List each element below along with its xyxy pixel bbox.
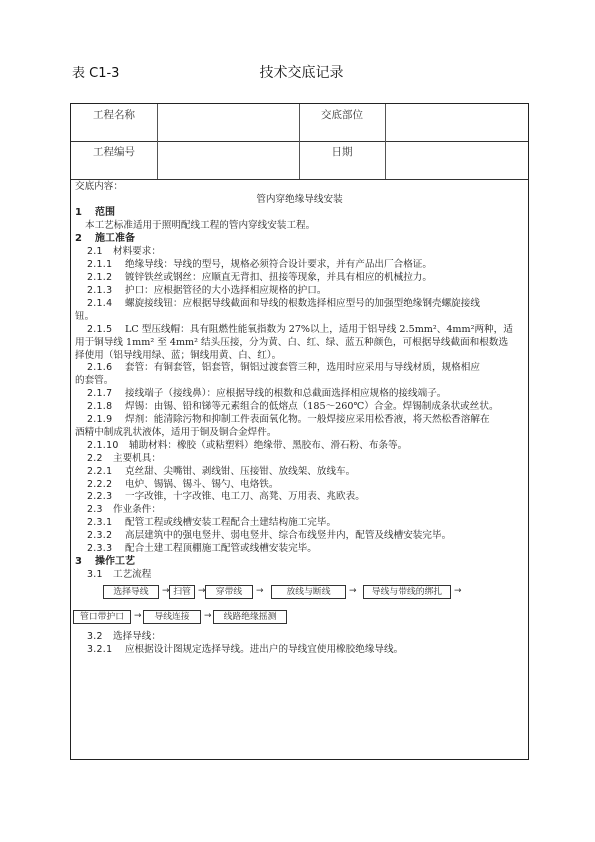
content-line: 2.2.1克丝甜、尖嘴钳、剥线钳、压接钳、放线架、放线车。 bbox=[75, 466, 524, 478]
content-line: 用于铜导线 1mm² 至 4mm² 结头压接，分为黄、白、红、绿、蓝五种颜色，可… bbox=[75, 337, 524, 349]
document-title: 技术交底记录 bbox=[0, 62, 595, 82]
content-line: 3.1工艺流程 bbox=[75, 569, 524, 581]
section-number: 2.2.2 bbox=[87, 479, 121, 491]
section-text: 材料要求： bbox=[113, 246, 161, 257]
section-text: LC 型压线帽：具有阻燃性能氧指数为 27%以上，适用于铝导线 2.5mm²、4… bbox=[125, 324, 513, 335]
date-label: 日期 bbox=[299, 141, 385, 179]
section-text: 套管：有铜套管，铝套管，铜铝过渡套管三种，选用时应采用与导线材质，规格相应 bbox=[125, 362, 480, 373]
section-number: 2.2 bbox=[87, 453, 109, 465]
section-heading: 范围 bbox=[95, 207, 115, 218]
section-text: 应根据设计图规定选择导线。进出户的导线宜使用橡胶绝缘导线。 bbox=[125, 644, 403, 655]
flow-step: 线路绝缘摇测 bbox=[213, 610, 287, 624]
content-line: 3操作工艺 bbox=[75, 556, 524, 568]
section-heading: 操作工艺 bbox=[95, 556, 135, 567]
content-intro-label: 交底内容： bbox=[75, 181, 524, 193]
flow-step: 选择导线 bbox=[103, 585, 159, 599]
section-number: 2.2.1 bbox=[87, 466, 121, 478]
content-line: 钮。 bbox=[75, 311, 524, 323]
date-field[interactable] bbox=[385, 141, 527, 179]
content-line: 2.1.2镀锌铁丝或钢丝：应顺直无背扣、扭接等现象，并具有相应的机械拉力。 bbox=[75, 272, 524, 284]
content-line: 2.2主要机具： bbox=[75, 453, 524, 465]
content-line: 2.1材料要求： bbox=[75, 246, 524, 258]
content-line: 本工艺标准适用于照明配线工程的管内穿线安装工程。 bbox=[75, 220, 524, 232]
arrow-right-icon: → bbox=[256, 585, 264, 598]
section-text: 护口：应根据管径的大小选择相应规格的护口。 bbox=[125, 285, 326, 296]
section-number: 2.1.6 bbox=[87, 362, 121, 374]
project-number-field[interactable] bbox=[157, 141, 299, 179]
section-number: 1 bbox=[75, 207, 91, 219]
content-line: 2.3.2高层建筑中的强电竖井、弱电竖井、综合布线竖井内，配管及线槽安装完毕。 bbox=[75, 530, 524, 542]
section-number: 3 bbox=[75, 556, 91, 568]
section-number: 2.1.2 bbox=[87, 272, 121, 284]
technical-briefing-form: 工程名称 交底部位 工程编号 日期 交底内容： 管内穿绝缘导线安装 1范围本工艺… bbox=[70, 103, 529, 760]
section-number: 2.3.1 bbox=[87, 517, 121, 529]
section-text: 一字改锥，十字改锥、电工刀、高凳、万用表、兆欧表。 bbox=[125, 491, 365, 502]
section-text: 酒精中制成乳状液体，适用于铜及铜合金焊件。 bbox=[75, 427, 276, 438]
info-row-2: 工程编号 日期 bbox=[71, 141, 528, 180]
arrow-right-icon: → bbox=[454, 585, 462, 598]
content-line: 的套管。 bbox=[75, 375, 524, 387]
info-row-1: 工程名称 交底部位 bbox=[71, 104, 528, 142]
section-text: 电炉、锡锅、锡斗、锡勺、电烙铁。 bbox=[125, 479, 279, 490]
content-line: 2.1.9焊剂：能清除污物和抑制工件表面氧化物。一般焊接应采用松香液，将天然松香… bbox=[75, 414, 524, 426]
section-text: 择使用（铝导线用绿、蓝；铜线用黄、白、红）。 bbox=[75, 350, 281, 361]
content-line: 3.2选择导线： bbox=[75, 631, 524, 643]
section-number: 3.2.1 bbox=[87, 644, 121, 656]
section-number: 2.3 bbox=[87, 504, 109, 516]
section-text: 钮。 bbox=[75, 311, 94, 322]
section-number: 2.1.9 bbox=[87, 414, 121, 426]
section-number: 3.1 bbox=[87, 569, 109, 581]
project-name-label: 工程名称 bbox=[71, 104, 157, 141]
content-line: 2施工准备 bbox=[75, 233, 524, 245]
content-line: 2.3.1配管工程或线槽安装工程配合土建结构施工完毕。 bbox=[75, 517, 524, 529]
flow-step: 导线连接 bbox=[143, 610, 201, 624]
content-line: 2.1.5LC 型压线帽：具有阻燃性能氧指数为 27%以上，适用于铝导线 2.5… bbox=[75, 324, 524, 336]
arrow-right-icon: → bbox=[204, 610, 212, 623]
subject-title: 管内穿绝缘导线安装 bbox=[75, 194, 524, 206]
section-text: 焊锡：由锡、铅和锑等元素组合的低熔点（185～260℃）合金。焊锡制成条状或丝状… bbox=[125, 401, 499, 412]
section-number: 2 bbox=[75, 233, 91, 245]
content-line: 2.1.8焊锡：由锡、铅和锑等元素组合的低熔点（185～260℃）合金。焊锡制成… bbox=[75, 401, 524, 413]
briefing-content: 交底内容： 管内穿绝缘导线安装 1范围本工艺标准适用于照明配线工程的管内穿线安装… bbox=[71, 179, 528, 759]
content-line: 择使用（铝导线用绿、蓝；铜线用黄、白、红）。 bbox=[75, 350, 524, 362]
content-line: 2.2.3一字改锥，十字改锥、电工刀、高凳、万用表、兆欧表。 bbox=[75, 491, 524, 503]
content-line: 2.3作业条件： bbox=[75, 504, 524, 516]
section-text: 作业条件： bbox=[113, 504, 161, 515]
flow-step: 导线与带线的绑扎 bbox=[363, 585, 451, 599]
section-text: 工艺流程 bbox=[113, 569, 151, 580]
section-text: 辅助材料：橡胶（或粘塑料）绝缘带、黑胶布、滑石粉、布条等。 bbox=[129, 440, 407, 451]
section-number: 2.1.3 bbox=[87, 285, 121, 297]
section-text: 配合土建工程顶棚施工配管或线槽安装完毕。 bbox=[125, 543, 317, 554]
section-number: 2.2.3 bbox=[87, 491, 121, 503]
content-line: 2.1.1绝缘导线：导线的型号，规格必须符合设计要求，并有产品出厂合格证。 bbox=[75, 259, 524, 271]
section-number: 2.3.2 bbox=[87, 530, 121, 542]
section-number: 2.1.10 bbox=[87, 440, 125, 452]
content-line: 2.1.10辅助材料：橡胶（或粘塑料）绝缘带、黑胶布、滑石粉、布条等。 bbox=[75, 440, 524, 452]
content-line: 2.1.6套管：有铜套管，铝套管，铜铝过渡套管三种，选用时应采用与导线材质，规格… bbox=[75, 362, 524, 374]
arrow-right-icon: → bbox=[134, 610, 142, 623]
section-number: 2.1.8 bbox=[87, 401, 121, 413]
section-text: 用于铜导线 1mm² 至 4mm² 结头压接，分为黄、白、红、绿、蓝五种颜色，可… bbox=[75, 337, 508, 348]
section-heading: 施工准备 bbox=[95, 233, 135, 244]
section-text: 焊剂：能清除污物和抑制工件表面氧化物。一般焊接应采用松香液，将天然松香溶解在 bbox=[125, 414, 490, 425]
content-line: 2.3.3配合土建工程顶棚施工配管或线槽安装完毕。 bbox=[75, 543, 524, 555]
content-line: 3.2.1应根据设计图规定选择导线。进出户的导线宜使用橡胶绝缘导线。 bbox=[75, 644, 524, 656]
content-line: 2.2.2电炉、锡锅、锡斗、锡勺、电烙铁。 bbox=[75, 479, 524, 491]
section-number: 2.1.4 bbox=[87, 298, 121, 310]
section-text: 绝缘导线：导线的型号，规格必须符合设计要求，并有产品出厂合格证。 bbox=[125, 259, 432, 270]
content-line: 酒精中制成乳状液体，适用于铜及铜合金焊件。 bbox=[75, 427, 524, 439]
section-text: 接线端子（接线鼻）：应根据导线的根数和总截面选择相应规格的接线端子。 bbox=[125, 388, 446, 399]
flow-step: 穿带线 bbox=[205, 585, 253, 599]
content-line: 1范围 bbox=[75, 207, 524, 219]
section-text: 克丝甜、尖嘴钳、剥线钳、压接钳、放线架、放线车。 bbox=[125, 466, 355, 477]
flow-step: 放线与断线 bbox=[271, 585, 346, 599]
section-number: 2.1 bbox=[87, 246, 109, 258]
section-text: 的套管。 bbox=[75, 375, 113, 386]
flow-step: 扫管 bbox=[169, 585, 195, 599]
section-text: 高层建筑中的强电竖井、弱电竖井、综合布线竖井内，配管及线槽安装完毕。 bbox=[125, 530, 451, 541]
section-text: 主要机具： bbox=[113, 453, 161, 464]
content-line: 2.1.7接线端子（接线鼻）：应根据导线的根数和总截面选择相应规格的接线端子。 bbox=[75, 388, 524, 400]
section-text: 配管工程或线槽安装工程配合土建结构施工完毕。 bbox=[125, 517, 336, 528]
project-name-field[interactable] bbox=[157, 104, 299, 141]
section-number: 2.1.7 bbox=[87, 388, 121, 400]
project-number-label: 工程编号 bbox=[71, 141, 157, 179]
handover-location-label: 交底部位 bbox=[299, 104, 385, 141]
content-line: 2.1.3护口：应根据管径的大小选择相应规格的护口。 bbox=[75, 285, 524, 297]
section-text: 本工艺标准适用于照明配线工程的管内穿线安装工程。 bbox=[85, 220, 315, 231]
content-line: 2.1.4螺旋接线钮：应根据导线截面和导线的根数选择相应型号的加强型绝缘钢壳螺旋… bbox=[75, 298, 524, 310]
section-text: 镀锌铁丝或钢丝：应顺直无背扣、扭接等现象，并具有相应的机械拉力。 bbox=[125, 272, 432, 283]
section-number: 3.2 bbox=[87, 631, 109, 643]
section-number: 2.1.5 bbox=[87, 324, 121, 336]
arrow-right-icon: → bbox=[349, 585, 357, 598]
section-number: 2.3.3 bbox=[87, 543, 121, 555]
section-text: 螺旋接线钮：应根据导线截面和导线的根数选择相应型号的加强型绝缘钢壳螺旋接线 bbox=[125, 298, 480, 309]
handover-location-field[interactable] bbox=[385, 104, 527, 141]
section-number: 2.1.1 bbox=[87, 259, 121, 271]
section-text: 选择导线： bbox=[113, 631, 161, 642]
flow-step: 管口带护口 bbox=[73, 610, 131, 624]
